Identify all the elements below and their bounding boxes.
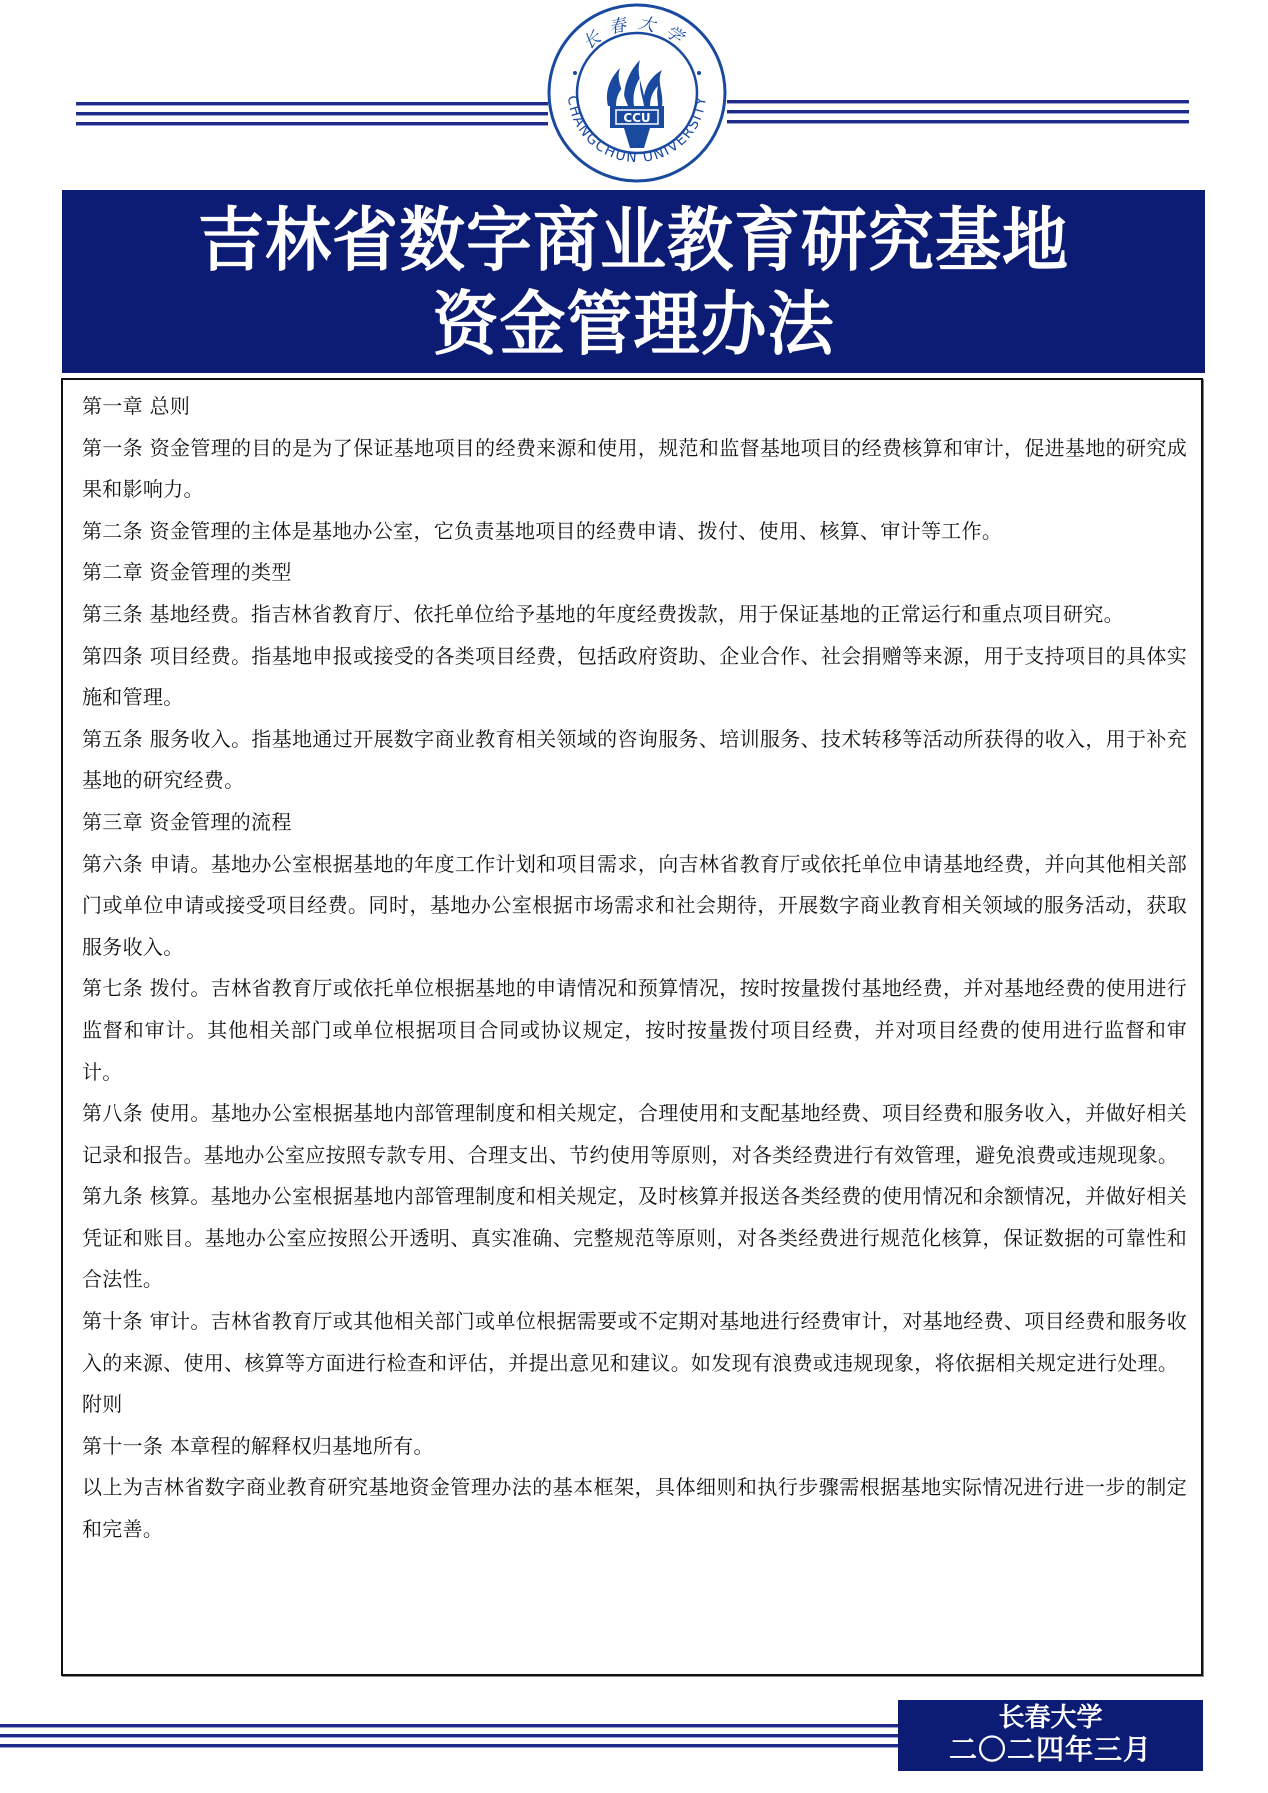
top-right-rule-3 (727, 120, 1189, 123)
document-title-line-2: 资金管理办法 (62, 280, 1205, 368)
article-paragraph: 第七条 拨付。吉林省教育厅或依托单位根据基地的申请情况和预算情况，按时按量拨付基… (82, 968, 1187, 1093)
bottom-rule-2 (0, 1734, 915, 1737)
document-title-line-1: 吉林省数字商业教育研究基地 (62, 196, 1205, 284)
top-left-rule-3 (76, 122, 548, 125)
chapter-heading: 第三章 资金管理的流程 (82, 802, 1187, 844)
university-emblem-icon: 长春大学 CHANGCHUN UNIVERSITY CCU (546, 2, 728, 184)
chapter-heading: 第一章 总则 (82, 386, 1187, 428)
article-paragraph: 第十一条 本章程的解释权归基地所有。 (82, 1426, 1187, 1468)
chapter-heading: 附则 (82, 1384, 1187, 1426)
title-banner: 吉林省数字商业教育研究基地 资金管理办法 (62, 190, 1205, 375)
bottom-rule-1 (0, 1724, 915, 1727)
article-paragraph: 第二条 资金管理的主体是基地办公室，它负责基地项目的经费申请、拨付、使用、核算、… (82, 511, 1187, 553)
body-content: 第一章 总则 第一条 资金管理的目的是为了保证基地项目的经费来源和使用，规范和监… (82, 386, 1187, 1551)
article-paragraph: 第四条 项目经费。指基地申报或接受的各类项目经费，包括政府资助、企业合作、社会捐… (82, 636, 1187, 719)
article-paragraph: 第八条 使用。基地办公室根据基地内部管理制度和相关规定，合理使用和支配基地经费、… (82, 1093, 1187, 1176)
svg-text:CCU: CCU (623, 111, 650, 125)
top-right-rule-1 (727, 100, 1189, 103)
article-paragraph: 第六条 申请。基地办公室根据基地的年度工作计划和项目需求，向吉林省教育厅或依托单… (82, 844, 1187, 969)
bottom-rule-3 (0, 1744, 915, 1747)
article-paragraph: 第九条 核算。基地办公室根据基地内部管理制度和相关规定，及时核算并报送各类经费的… (82, 1176, 1187, 1301)
top-left-rule-2 (76, 112, 548, 115)
issuing-organization: 长春大学 (898, 1703, 1203, 1733)
chapter-heading: 第二章 资金管理的类型 (82, 552, 1187, 594)
footer-signature-block: 长春大学 二〇二四年三月 (898, 1700, 1203, 1771)
top-left-rule-1 (76, 102, 548, 105)
top-right-rule-2 (727, 110, 1189, 113)
article-paragraph: 第五条 服务收入。指基地通过开展数字商业教育相关领域的咨询服务、培训服务、技术转… (82, 719, 1187, 802)
document-body: 第一章 总则 第一条 资金管理的目的是为了保证基地项目的经费来源和使用，规范和监… (61, 378, 1203, 1676)
article-paragraph: 第十条 审计。吉林省教育厅或其他相关部门或单位根据需要或不定期对基地进行经费审计… (82, 1301, 1187, 1384)
issue-date: 二〇二四年三月 (898, 1733, 1203, 1767)
closing-paragraph: 以上为吉林省数字商业教育研究基地资金管理办法的基本框架，具体细则和执行步骤需根据… (82, 1467, 1187, 1550)
article-paragraph: 第三条 基地经费。指吉林省教育厅、依托单位给予基地的年度经费拨款，用于保证基地的… (82, 594, 1187, 636)
article-paragraph: 第一条 资金管理的目的是为了保证基地项目的经费来源和使用，规范和监督基地项目的经… (82, 428, 1187, 511)
